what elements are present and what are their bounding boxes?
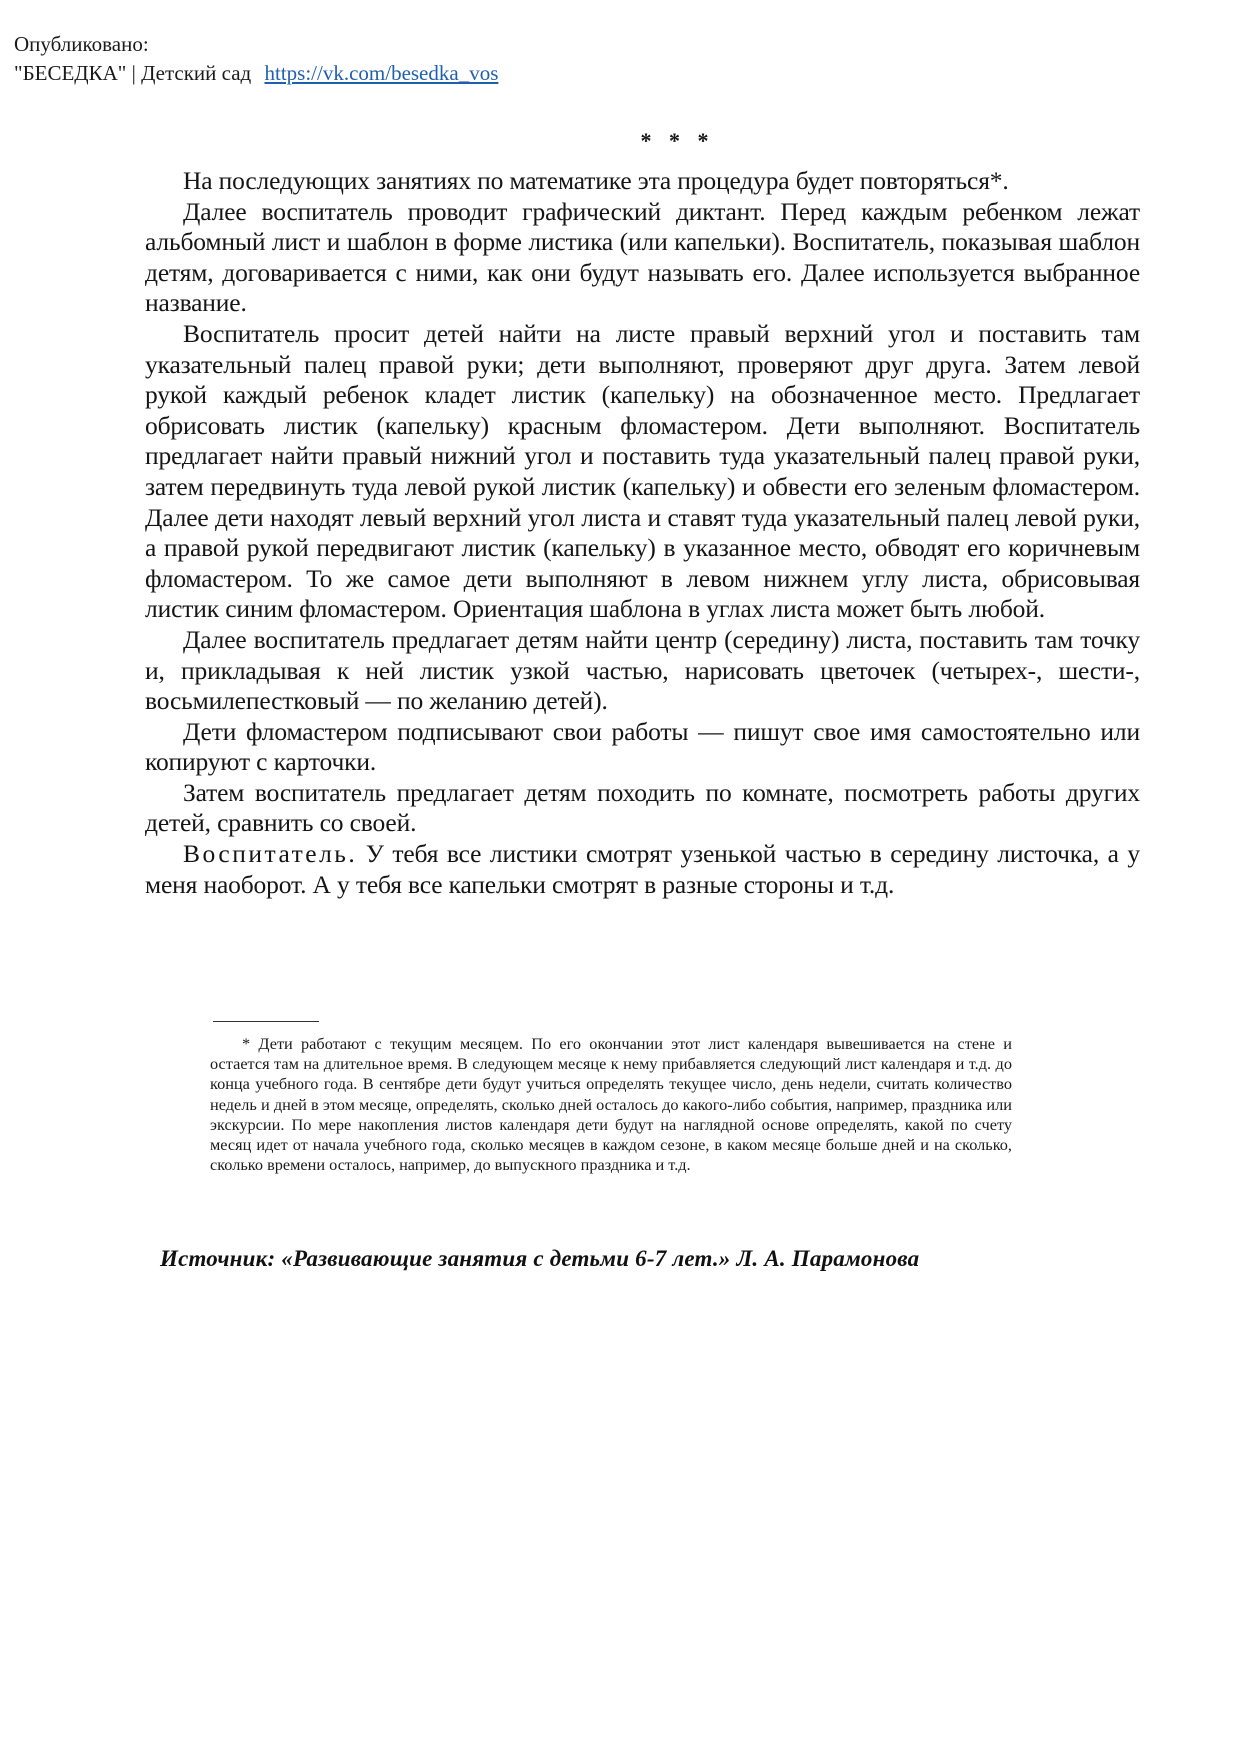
speaker-name: Воспитатель. xyxy=(183,839,357,868)
publisher-line: "БЕСЕДКА" | Детский сад https://vk.com/b… xyxy=(14,59,498,88)
document-body: * * * На последующих занятиях по математ… xyxy=(145,128,1140,900)
paragraph: На последующих занятиях по математике эт… xyxy=(145,166,1140,197)
vk-link[interactable]: https://vk.com/besedka_vos xyxy=(264,61,498,85)
source-citation: Источник: «Развивающие занятия с детьми … xyxy=(160,1246,919,1272)
dialogue-paragraph: Воспитатель. У тебя все листики смотрят … xyxy=(145,839,1140,900)
paragraph: Затем воспитатель предлагает детям поход… xyxy=(145,778,1140,839)
publisher-name: "БЕСЕДКА" | Детский сад xyxy=(14,61,251,85)
paragraph: Дети фломастером подписывают свои работы… xyxy=(145,717,1140,778)
published-label: Опубликовано: xyxy=(14,30,498,59)
section-separator: * * * xyxy=(145,128,1140,166)
footnote: * Дети работают с текущим месяцем. По ег… xyxy=(210,1034,1012,1175)
publication-header: Опубликовано: "БЕСЕДКА" | Детский сад ht… xyxy=(14,30,498,88)
paragraph: Воспитатель просит детей найти на листе … xyxy=(145,319,1140,625)
footnote-divider xyxy=(213,1021,319,1022)
paragraph: Далее воспитатель предлагает детям найти… xyxy=(145,625,1140,717)
paragraph: Далее воспитатель проводит графический д… xyxy=(145,197,1140,319)
